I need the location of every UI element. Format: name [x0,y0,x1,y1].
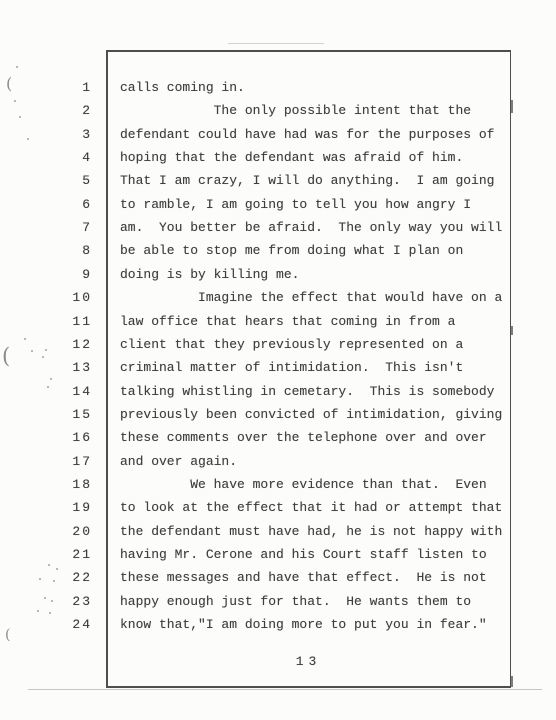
line-number: 20 [50,523,92,540]
scan-tick [511,676,513,687]
line-text: happy enough just for that. He wants the… [120,593,471,610]
line-number: 18 [50,476,92,493]
line-text: That I am crazy, I will do anything. I a… [120,172,494,189]
line-number: 9 [50,266,92,283]
scan-dot [48,564,50,566]
line-number: 5 [50,172,92,189]
line-number: 2 [50,102,92,119]
scan-dot [42,356,44,358]
transcript-line: 23happy enough just for that. He wants t… [0,593,556,610]
transcript-line: 15previously been convicted of intimidat… [0,406,556,423]
line-number: 12 [50,336,92,353]
line-text: Imagine the effect that would have on a [120,289,502,306]
scan-paren-mark: ( [5,627,10,643]
line-number: 14 [50,383,92,400]
line-text: talking whistling in cemetary. This is s… [120,383,494,400]
line-number: 7 [50,219,92,236]
line-number: 19 [50,499,92,516]
transcript-line: 21having Mr. Cerone and his Court staff … [0,546,556,563]
scan-dot [16,66,18,68]
scan-dot [51,600,53,602]
transcript-page: 1calls coming in.2 The only possible int… [0,0,556,720]
scan-dot [14,100,16,102]
transcript-line: 4hoping that the defendant was afraid of… [0,149,556,166]
scan-dot [44,597,46,599]
transcript-line: 7am. You better be afraid. The only way … [0,219,556,236]
transcript-line: 16these comments over the telephone over… [0,429,556,446]
line-number: 23 [50,593,92,610]
line-text: am. You better be afraid. The only way y… [120,219,502,236]
transcript-line: 11law office that hears that coming in f… [0,313,556,330]
transcript-line: 12client that they previously represente… [0,336,556,353]
line-number: 8 [50,242,92,259]
scan-paren-mark: ( [2,344,10,368]
transcript-line: 20the defendant must have had, he is not… [0,523,556,540]
transcript-line: 18 We have more evidence than that. Even [0,476,556,493]
transcript-line: 14talking whistling in cemetary. This is… [0,383,556,400]
transcript-line: 2 The only possible intent that the [0,102,556,119]
line-number: 22 [50,569,92,586]
line-number: 4 [50,149,92,166]
line-number: 1 [50,79,92,96]
line-text: defendant could have had was for the pur… [120,126,494,143]
scan-dot [31,350,33,352]
scan-dot [50,378,52,380]
scan-dot [27,138,29,140]
scan-smudge-top [228,43,324,44]
scan-dot [24,338,26,340]
line-text: to look at the effect that it had or att… [120,499,502,516]
line-text: The only possible intent that the [120,102,471,119]
line-text: criminal matter of intimidation. This is… [120,359,463,376]
line-text: to ramble, I am going to tell you how an… [120,196,471,213]
line-text: these comments over the telephone over a… [120,429,487,446]
transcript-line: 6to ramble, I am going to tell you how a… [0,196,556,213]
scan-tick [511,326,513,335]
line-text: client that they previously represented … [120,336,463,353]
line-number: 21 [50,546,92,563]
line-number: 6 [50,196,92,213]
scan-dot [56,568,58,570]
transcript-line: 19to look at the effect that it had or a… [0,499,556,516]
scan-dot [53,580,55,582]
page-number: 13 [106,654,511,669]
line-text: We have more evidence than that. Even [120,476,487,493]
transcript-line: 1calls coming in. [0,79,556,96]
transcript-line: 17and over again. [0,453,556,470]
scan-dot [19,116,21,118]
line-text: the defendant must have had, he is not h… [120,523,502,540]
line-text: doing is by killing me. [120,266,299,283]
line-text: know that,"I am doing more to put you in… [120,616,487,633]
transcript-line: 8be able to stop me from doing what I pl… [0,242,556,259]
line-text: be able to stop me from doing what I pla… [120,242,463,259]
transcript-line: 13criminal matter of intimidation. This … [0,359,556,376]
transcript-line: 10 Imagine the effect that would have on… [0,289,556,306]
line-number: 24 [50,616,92,633]
line-text: calls coming in. [120,79,245,96]
line-text: previously been convicted of intimidatio… [120,406,502,423]
line-number: 11 [50,313,92,330]
transcript-line: 3defendant could have had was for the pu… [0,126,556,143]
line-text: having Mr. Cerone and his Court staff li… [120,546,487,563]
line-number: 10 [50,289,92,306]
transcript-line: 22these messages and have that effect. H… [0,569,556,586]
transcript-line: 24know that,"I am doing more to put you … [0,616,556,633]
scan-smudge-bottom [28,689,542,690]
line-text: law office that hears that coming in fro… [120,313,455,330]
line-text: and over again. [120,453,237,470]
scan-dot [47,386,49,388]
transcript-line: 9doing is by killing me. [0,266,556,283]
line-number: 17 [50,453,92,470]
line-text: hoping that the defendant was afraid of … [120,149,463,166]
scan-paren-mark: ( [6,74,12,93]
line-number: 15 [50,406,92,423]
transcript-line: 5That I am crazy, I will do anything. I … [0,172,556,189]
line-number: 16 [50,429,92,446]
line-number: 3 [50,126,92,143]
line-text: these messages and have that effect. He … [120,569,487,586]
line-number: 13 [50,359,92,376]
scan-dot [37,610,39,612]
scan-dot [39,578,41,580]
scan-tick [511,100,513,113]
scan-dot [49,612,51,614]
scan-dot [45,349,47,351]
